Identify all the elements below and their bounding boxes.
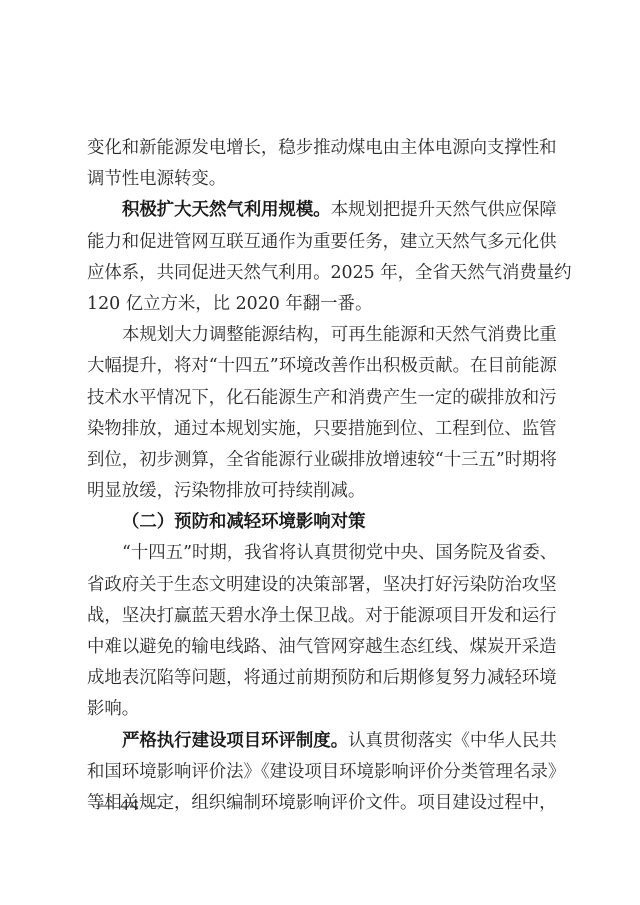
text-line: 调节性电源转变。 (87, 164, 553, 195)
text-line: 能力和促进管网互联互通作为重要任务，建立天然气多元化供 (87, 227, 553, 258)
page-number: — 44 — (97, 795, 163, 815)
text-line: 明显放缓，污染物排放可持续削减。 (87, 476, 553, 507)
text-line: 省政府关于生态文明建设的决策部署，坚决打好污染防治攻坚 (87, 570, 553, 601)
document-page: 变化和新能源发电增长，稳步推动煤电由主体电源向支撑性和 调节性电源转变。 积极扩… (0, 0, 640, 905)
text-line: 到位，初步测算，全省能源行业碳排放增速较“十三五”时期将 (87, 445, 553, 476)
text-line: 影响。 (87, 694, 553, 725)
paragraph-first-line: 积极扩大天然气利用规模。本规划把提升天然气供应保障 (87, 195, 553, 226)
text-line: 应体系，共同促进天然气利用。2025 年，全省天然气消费量约 (87, 258, 553, 289)
bold-lead-phrase: 严格执行建设项目环评制度。 (122, 731, 348, 751)
text-line: 变化和新能源发电增长，稳步推动煤电由主体电源向支撑性和 (87, 133, 553, 164)
text-line: 染物排放，通过本规划实施，只要措施到位、工程到位、监管 (87, 414, 553, 445)
paragraph-first-line: “十四五”时期，我省将认真贯彻党中央、国务院及省委、 (87, 538, 553, 569)
text-line: 中难以避免的输电线路、油气管网穿越生态红线、煤炭开采造 (87, 632, 553, 663)
text-line: 技术水平情况下，化石能源生产和消费产生一定的碳排放和污 (87, 383, 553, 414)
paragraph-first-line: 严格执行建设项目环评制度。认真贯彻落实《中华人民共 (87, 726, 553, 757)
text-line: 成地表沉陷等问题，将通过前期预防和后期修复努力减轻环境 (87, 663, 553, 694)
body-text: 变化和新能源发电增长，稳步推动煤电由主体电源向支撑性和 调节性电源转变。 积极扩… (87, 133, 553, 819)
text-run: 认真贯彻落实《中华人民共 (348, 731, 557, 751)
bold-lead-phrase: 积极扩大天然气利用规模。 (122, 200, 331, 220)
text-line: 和国环境影响评价法》《建设项目环境影响评价分类管理名录》 (87, 757, 553, 788)
text-line: 大幅提升，将对“十四五”环境改善作出积极贡献。在目前能源 (87, 351, 553, 382)
text-line: 120 亿立方米，比 2020 年翻一番。 (87, 289, 553, 320)
section-heading: （二）预防和减轻环境影响对策 (87, 507, 553, 538)
paragraph-first-line: 本规划大力调整能源结构，可再生能源和天然气消费比重 (87, 320, 553, 351)
text-run: 本规划把提升天然气供应保障 (331, 200, 557, 220)
text-line: 战，坚决打赢蓝天碧水净土保卫战。对于能源项目开发和运行 (87, 601, 553, 632)
